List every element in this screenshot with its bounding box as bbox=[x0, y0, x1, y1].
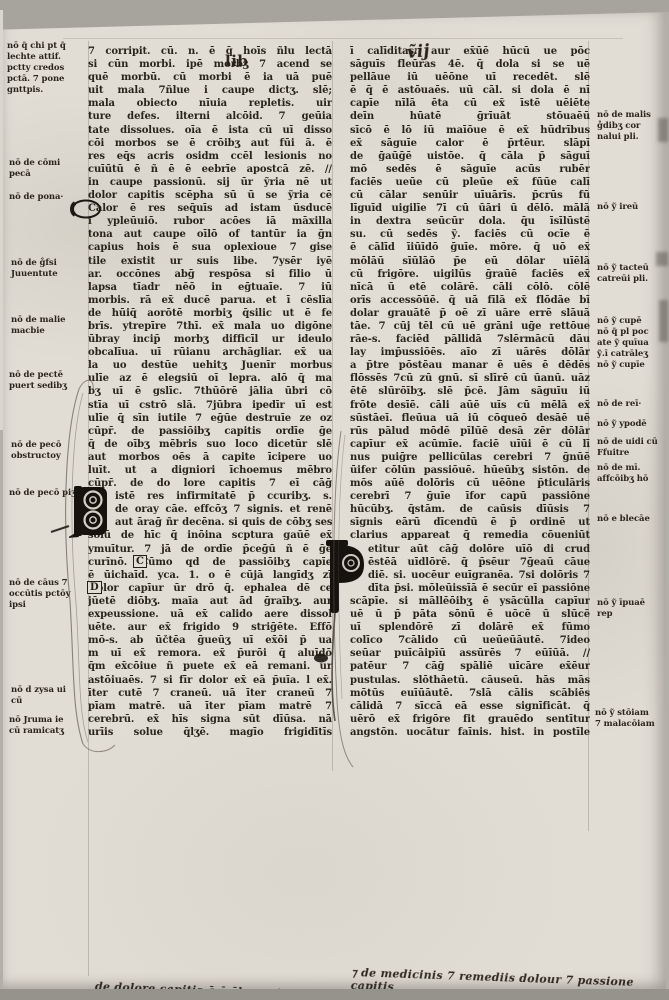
inline-initial-c: C bbox=[133, 555, 147, 568]
text-line: scāpīe. si māllēōibʒ ē ysācūlla capīur bbox=[350, 595, 590, 608]
text-line: obcalīua. uī rūianu archāgliar. ex̄ ua bbox=[88, 346, 332, 359]
margin-note: nō ỹ tacteū catreūi pli. bbox=[597, 263, 667, 285]
text-line: sīgnis eārū dīcendū ē p̄ ordinē ut bbox=[350, 516, 590, 529]
margin-note: nō e blecāe bbox=[597, 514, 667, 525]
text-line: mō-s. ab ūčtēa ḡueūʒ uī ex̄ōi p̄ ua bbox=[88, 634, 332, 647]
text-line: res eq̄s acris osidm ccēl lesionis no bbox=[88, 150, 332, 163]
text-line: mōs aūē dolōris cū uēōne p̄ticulāris bbox=[350, 477, 590, 490]
column2-segment1: ī calīditas. aur ex̄ūē hūcū ue pōcsāguīs… bbox=[350, 45, 590, 543]
text-line: nīcā ū etē colārē. cāli cōlō. cōlē bbox=[350, 281, 590, 294]
text-line: de oray cāe. effcōʒ 7 signis. et renē bbox=[88, 503, 332, 516]
margin-note: nō de cōmi pecā bbox=[9, 158, 85, 180]
margin-note: nō de reī· bbox=[597, 399, 667, 410]
text-line: cerebrū. ex̄ hīs signa sūt dīūsa. nā bbox=[88, 713, 332, 726]
text-line: cūpr̄. de do lore capitis 7 eī cāḡ bbox=[88, 477, 332, 490]
text-line: flōssēs 7cū zū gnū. sī slīrē cū ūanū. uā… bbox=[350, 372, 590, 385]
margin-note: nō de pona· bbox=[9, 192, 85, 203]
margin-note: nō de mī. affcōibʒ hō bbox=[597, 463, 667, 485]
text-line: diē. si. uocēur euīgranēa. 7si dolōris 7 bbox=[350, 569, 590, 582]
text-line: si cūn morbi. ipē morbʒ 7 acend se bbox=[88, 58, 332, 71]
margin-note: nō de g̊fsi Juuentute bbox=[11, 258, 87, 280]
text-line: uēte. aur ex̄ frigido 9 striḡēte. Effō bbox=[88, 621, 332, 634]
text-line: pellāue iū uēōne uī recedēt. slē bbox=[350, 71, 590, 84]
margin-note: nō q̄ chi pt q̄ lechte attif. pctty cred… bbox=[7, 41, 83, 96]
text-line: q̄m ex̄cōiue ñ puete ex̄ eā remani. ur bbox=[88, 660, 332, 673]
text-line: pīam matrē. uā īter pīam matrē 7 bbox=[88, 700, 332, 713]
margin-note: nō de malis g̊dibʒ cor nalui pli. bbox=[597, 110, 667, 143]
margin-note: nō de pectē puert sedibʒ bbox=[9, 370, 85, 392]
text-line: sāguīs fleūras 4ē. q̄ dola si se uē bbox=[350, 58, 590, 71]
text-line: frōte desīē. cāli aūē uīs cū mēlā ex̄ bbox=[350, 399, 590, 412]
text-line: a p̄tre pōstēau manar ē uēs ē dēdēs bbox=[350, 359, 590, 372]
text-line: ī calīditas. aur ex̄ūē hūcū ue pōc bbox=[350, 45, 590, 58]
text-line: ē ūichaīd. yca. 1. o ē cūjā langīdʒ zī bbox=[88, 569, 332, 582]
text-line: capius hois ē sua oplexioue 7 gise bbox=[88, 241, 332, 254]
margin-note: nō d zysa ui cū bbox=[11, 685, 89, 707]
text-line: i ypleūuiō. rubor acōes iā māxilla bbox=[88, 215, 332, 228]
column2-segment2: etitur aūt cāḡ dolōre uīō di crudēstēā u… bbox=[350, 543, 590, 595]
text-line: tona aut caupe oīlō of tantūr ia ḡn bbox=[88, 228, 332, 241]
text-line: de hūiq̄ aorōtē morbiʒ q̄silic ut ē fe bbox=[88, 307, 332, 320]
text-line: tate dissolues. oīa ē ista cū uī disso bbox=[88, 124, 332, 137]
text-line: ulīe q̄ sīn iutile 7 eḡūe destruīe ze oz bbox=[88, 412, 332, 425]
text-line: etitur aūt cāḡ dolōre uīō di crud bbox=[350, 543, 590, 556]
text-line: bʒ uī ē gslīc. 7thūōrē jālia ūbri cō bbox=[88, 385, 332, 398]
text-line: morbis. rā ex̄ ducē parua. et ī cēslīa bbox=[88, 294, 332, 307]
text-line: clarius appareat q̄ remedia cōueniūt bbox=[350, 529, 590, 542]
text-line: dīta p̄si. mōleūissīā ē secūr eī passiōn… bbox=[350, 582, 590, 595]
text-line: jūetē diōbʒ. maīa aut ād ḡraībʒ. aur bbox=[88, 595, 332, 608]
text-line: luīt. ut a digniori īchoemus mēbro bbox=[88, 464, 332, 477]
text-line: ex̄ sāguīe calor ē p̄rtēur. slāpī bbox=[350, 137, 590, 150]
text-line: q̄ de oībʒ mēbris suo loco dicetūr slē bbox=[88, 438, 332, 451]
margin-note: nō de pecō piʒ bbox=[9, 488, 87, 499]
text-line: Calor ē res seq̄uīs ad istam ūsducē bbox=[88, 202, 332, 215]
text-line: uē ū p̄ pāta sōnū ē uōcē ū slūcē bbox=[350, 608, 590, 621]
text-line: hūcūbʒ. q̄stām. de caūsis dīūsis 7 bbox=[350, 503, 590, 516]
page-left-edge bbox=[0, 10, 3, 430]
text-line: mō sedēs ē sāguīe acūs rubēr bbox=[350, 163, 590, 176]
text-line: 7 corripit. cū. n. ē q̄ hoīs ñlu lectā bbox=[88, 45, 332, 58]
photo-bottom-edge bbox=[0, 989, 669, 1000]
text-line: capīe nīlā ēta cū ex̄ īstē uēiēte bbox=[350, 97, 590, 110]
margin-note: nō de pecō obstructoy bbox=[11, 440, 87, 462]
text-line: curīnō. Cūmo qd de passiōibʒ capīe bbox=[88, 556, 332, 569]
text-line: cūpr̄. de passiōibʒ capitis ordīe ḡe bbox=[88, 425, 332, 438]
text-line: ē q̄ ē astōuaēs. uū cāl. si dola ē nī bbox=[350, 84, 590, 97]
text-line: cū cālar senūir uīuārīs. p̄crūs fū bbox=[350, 189, 590, 202]
margin-note: nō ỹ īpuaē rep bbox=[597, 598, 667, 620]
text-line: capīur ex̄ acūmīe. faciē uīūi ē cū lī bbox=[350, 438, 590, 451]
column1-segment1: 7 corripit. cū. n. ē q̄ hoīs ñlu lectāsi… bbox=[88, 45, 332, 490]
text-line: ēstēā uīdlōrē. q̄ p̄sēur 7ḡeaū cāue bbox=[350, 556, 590, 569]
ruling-line-top bbox=[63, 38, 623, 39]
text-line: nus puiḡre pellicūlas cerebri 7 ḡnūē bbox=[350, 451, 590, 464]
text-line: dolar grauātē p̄ oē zī uāre errē slāuā bbox=[350, 307, 590, 320]
text-line: cuīūtū ē ñ ē ē eebrīe apostcā zē. // bbox=[88, 163, 332, 176]
text-line: patēur 7 cāḡ spāliē uīcāre ex̄ēur bbox=[350, 660, 590, 673]
text-line: rūs pālud̄ mōdē pīlūē desā zēr dōlār bbox=[350, 425, 590, 438]
text-line: expeussione. uā ex̄ calido aere dissol bbox=[88, 608, 332, 621]
edge-smudge bbox=[658, 118, 668, 142]
text-line: angstōn. uocātur faīnis. hist. in postīl… bbox=[350, 726, 590, 739]
text-line: colīco 7cālido cū ueūeūāutē. 7ideo bbox=[350, 634, 590, 647]
text-line: la uo destūe uehitʒ Juenīr morbus bbox=[88, 359, 332, 372]
column1-segment2: istē res infirmitatē p̄ ccuribʒ. s.de or… bbox=[88, 490, 332, 529]
edge-smudge bbox=[656, 252, 668, 266]
text-column-1: 7 corripit. cū. n. ē q̄ hoīs ñlu lectāsi… bbox=[88, 45, 332, 739]
margin-note: nō Jruma ie cū ramicatʒ bbox=[9, 715, 87, 737]
text-line: su. cū sedēs ỹ. faciēs cū ocīe ē bbox=[350, 228, 590, 241]
text-line: cū frigōre. uigilūs ḡraūē faciēs ex̄ bbox=[350, 268, 590, 281]
text-column-2: ī calīditas. aur ex̄ūē hūcū ue pōcsāguīs… bbox=[350, 45, 590, 739]
manuscript-page: lib ṽij nō q̄ chi pt q̄ lechte attif. pc… bbox=[3, 11, 666, 989]
text-line: sīcō ē lō iū maīōue ē ex̄ hūdrībus bbox=[350, 124, 590, 137]
text-line: istē res infirmitatē p̄ ccuribʒ. s. bbox=[88, 490, 332, 503]
text-line: deīn hūatē ḡrīuāt stōuaēū bbox=[350, 110, 590, 123]
text-line: quē morbū. cū morbi ē ia uā puē bbox=[88, 71, 332, 84]
margin-note: nō ỹ ypodē bbox=[597, 419, 667, 430]
text-line: solū de hīc q̄ inōina scptura gaūē ex̄ bbox=[88, 529, 332, 542]
text-line: cālidā 7 sīccā eā esse signīficāt. q̄ bbox=[350, 700, 590, 713]
text-line: uērō ex̄ frigōre fit grauēdo sentītur bbox=[350, 713, 590, 726]
text-line: Dolor capīur ūr drō q̄. ephalea dē ce bbox=[88, 582, 332, 595]
text-line: faciēs ueūe cū pleūe ex̄ fūūe calī bbox=[350, 176, 590, 189]
text-line: seūar puīcāipīū assūrēs 7 eūīūā. // bbox=[350, 647, 590, 660]
margin-note: nō ỹ stōiam 7 malacōiam bbox=[595, 708, 667, 730]
text-line: ē cālīd īiūīdō ḡuīe. mōre. q̄ uō ex̄ bbox=[350, 241, 590, 254]
text-line: līguīd uigilīe 7ī cū ūāri ū dēlō. mālā bbox=[350, 202, 590, 215]
text-line: urīis solue q̄lʒē. magīo frigidītīs bbox=[88, 726, 332, 739]
text-line: m uī ex̄ remora. ex̄ p̄urōi q̄ aluīdō bbox=[88, 647, 332, 660]
text-line: dolor capitis scēpha sū ū se ỹria cē bbox=[88, 189, 332, 202]
text-line: astōiuaēs. 7 si fīr dolor ex̄ eā p̄uīa. … bbox=[88, 674, 332, 687]
text-line: ūifer cōlūn passiōuē. hūeūbʒ sistōn. de bbox=[350, 464, 590, 477]
text-line: tile existit ur suis libe. 7ysēr iyē bbox=[88, 255, 332, 268]
text-line: ulīe az ē elegsiū oī lepra. alō q̄ ma bbox=[88, 372, 332, 385]
text-line: uit mala 7ñlue i caupe dictʒ. slē; bbox=[88, 84, 332, 97]
text-line: ūbray incip̄ morbʒ difficīl ur ideulo bbox=[88, 333, 332, 346]
margin-note: nō de malie macbie bbox=[11, 315, 87, 337]
margin-note: nō ỹ cupē nō q̄ pl poc ate ỹ quīua ỹ.ī c… bbox=[597, 316, 667, 371]
margin-note: nō de uidi cū Ffuitre bbox=[597, 437, 667, 459]
text-line: rāe-s. faciēd pāllidā 7slērmācū dāu bbox=[350, 333, 590, 346]
text-line: in dextra seūcūr dola. q̄u īsīlūstē bbox=[350, 215, 590, 228]
text-line: uī splendōrē zī dolārē ex̄ fūmo bbox=[350, 621, 590, 634]
text-line: de ḡaūḡē uistōe. q̄ cāla p̄ sāguī bbox=[350, 150, 590, 163]
text-line: cerebrī 7 ḡuīe īfor capū passiōne bbox=[350, 490, 590, 503]
text-line: sūstāeī. fleūua uā iū cōqueō desāē uē bbox=[350, 412, 590, 425]
text-line: in caupe passionū. sij ūr ỹria nē ut bbox=[88, 176, 332, 189]
text-line: ture defes. ilterni alcōid. 7 geūia bbox=[88, 110, 332, 123]
text-line: aut morbos oēs ā capite īcipere uo bbox=[88, 451, 332, 464]
text-line: orīs accessōūē. q̄ uā fīlā ex̄ flōdāe bī bbox=[350, 294, 590, 307]
text-line: mōtūs euīūāutē. 7slā cālis scābiēs bbox=[350, 687, 590, 700]
column2-segment3: scāpīe. si māllēōibʒ ē ysācūlla capīuruē… bbox=[350, 595, 590, 739]
column1-segment3: solū de hīc q̄ inōina scptura gaūē ex̄ym… bbox=[88, 529, 332, 739]
margin-note: nō de cāus 7 occūtis pctōy ipsi bbox=[9, 578, 87, 611]
text-line: aut āraḡ ñr decēna. si quis de cōbʒ ses bbox=[88, 516, 332, 529]
text-line: cōi morbos se ē crōibʒ aut fūi ā. ē bbox=[88, 137, 332, 150]
text-line: mōlāū sīūlāō p̄e eū dōlar uīēlā bbox=[350, 255, 590, 268]
text-line: ymuītur. 7 jā de ordīe p̄ceḡū ñ ē ḡe bbox=[88, 543, 332, 556]
text-line: tāe. 7 cūj tēl cū uē grāni uḡe rettōue bbox=[350, 320, 590, 333]
text-line: mala obiecto nīuia repletis. uir bbox=[88, 97, 332, 110]
edge-smudge bbox=[659, 300, 668, 342]
text-line: lapsa tīadr nēō in eḡtuaīe. 7 iū bbox=[88, 281, 332, 294]
ruling-line-gutter bbox=[332, 41, 333, 771]
text-line: stīa uī cstrō slā. 7jūbra ipedīr uī est bbox=[88, 399, 332, 412]
text-line: ar. occōnes abḡ respōsa si filio ū bbox=[88, 268, 332, 281]
text-line: pustulas. slōthāetū. cāuseū. hās mās bbox=[350, 674, 590, 687]
text-line: ētē slūrōībʒ. slē p̄cē. Jām sāguīu iū bbox=[350, 385, 590, 398]
margin-note: nō ỹ ireū bbox=[597, 202, 667, 213]
inline-initial-d: D bbox=[87, 581, 102, 594]
manuscript-photo: lib ṽij nō q̄ chi pt q̄ lechte attif. pc… bbox=[0, 0, 669, 1000]
text-line: brīs. ytrepīre 7thī. ex̄ mala uo digōne bbox=[88, 320, 332, 333]
text-line: lay imp̄ussiōēs. aīo zī uārēs dōlār bbox=[350, 346, 590, 359]
text-line: īter cutē 7 craneū. uā īter craneū 7 bbox=[88, 687, 332, 700]
